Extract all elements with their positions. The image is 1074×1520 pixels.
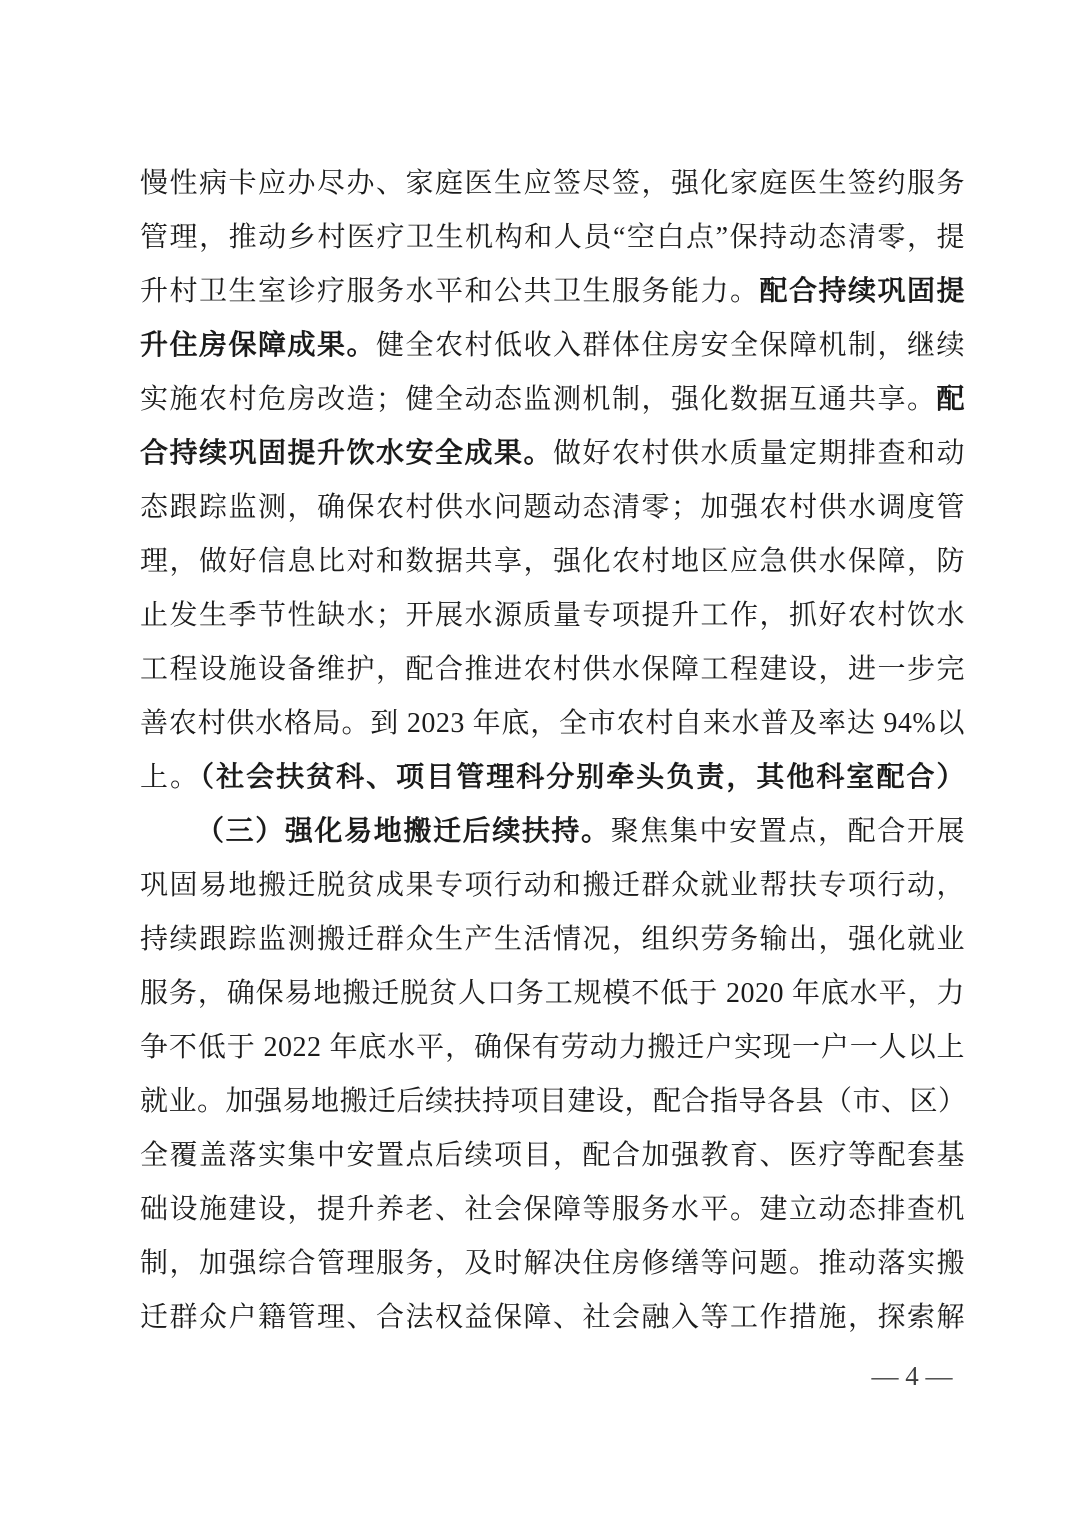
emphasis-run: （三）强化易地搬迁后续扶持。 — [196, 816, 611, 847]
text-line: 实施农村危房改造；健全动态监测机制，强化数据互通共享。配 — [140, 373, 965, 427]
text-line: 合持续巩固提升饮水安全成果。做好农村供水质量定期排查和动 — [140, 427, 965, 481]
text-line: 迁群众户籍管理、合法权益保障、社会融入等工作措施，探索解 — [140, 1291, 965, 1345]
text-line: 理，做好信息比对和数据共享，强化农村地区应急供水保障，防 — [140, 535, 965, 589]
text-run: 聚焦集中安置点，配合开展 — [611, 816, 965, 847]
text-line: 就业。加强易地搬迁后续扶持项目建设，配合指导各县（市、区） — [140, 1075, 965, 1129]
emphasis-run: 配 — [936, 384, 965, 415]
text-line: 础设施建设，提升养老、社会保障等服务水平。建立动态排查机 — [140, 1183, 965, 1237]
page-number: — 4 — — [862, 1358, 962, 1394]
text-line: （三）强化易地搬迁后续扶持。聚焦集中安置点，配合开展 — [140, 805, 965, 859]
text-line: 态跟踪监测，确保农村供水问题动态清零；加强农村供水调度管 — [140, 481, 965, 535]
text-run: 健全农村低收入群体住房安全保障机制，继续 — [376, 330, 965, 361]
text-line: 服务，确保易地搬迁脱贫人口务工规模不低于 2020 年底水平，力 — [140, 967, 965, 1021]
text-line: 工程设施设备维护，配合推进农村供水保障工程建设，进一步完 — [140, 643, 965, 697]
text-run: 持续跟踪监测搬迁群众生产生活情况，组织劳务输出，强化就业 — [140, 924, 965, 955]
document-page: 慢性病卡应办尽办、家庭医生应签尽签，强化家庭医生签约服务管理，推动乡村医疗卫生机… — [0, 0, 1074, 1520]
text-line: 制，加强综合管理服务，及时解决住房修缮等问题。推动落实搬 — [140, 1237, 965, 1291]
text-line: 止发生季节性缺水；开展水源质量专项提升工作，抓好农村饮水 — [140, 589, 965, 643]
text-run: 争不低于 2022 年底水平，确保有劳动力搬迁户实现一户一人以上 — [140, 1032, 965, 1063]
text-line: 升村卫生室诊疗服务水平和公共卫生服务能力。配合持续巩固提 — [140, 265, 965, 319]
text-line: 巩固易地搬迁脱贫成果专项行动和搬迁群众就业帮扶专项行动， — [140, 859, 965, 913]
body-text: 慢性病卡应办尽办、家庭医生应签尽签，强化家庭医生签约服务管理，推动乡村医疗卫生机… — [140, 157, 965, 1345]
text-run: 就业。加强易地搬迁后续扶持项目建设，配合指导各县（市、区） — [140, 1086, 967, 1117]
text-line: 上。（社会扶贫科、项目管理科分别牵头负责，其他科室配合） — [140, 751, 965, 805]
text-run: 善农村供水格局。到 2023 年底，全市农村自来水普及率达 94%以 — [140, 708, 965, 739]
text-run: 工程设施设备维护，配合推进农村供水保障工程建设，进一步完 — [140, 654, 965, 685]
text-line: 慢性病卡应办尽办、家庭医生应签尽签，强化家庭医生签约服务 — [140, 157, 965, 211]
text-run: 服务，确保易地搬迁脱贫人口务工规模不低于 2020 年底水平，力 — [140, 978, 965, 1009]
text-run: 础设施建设，提升养老、社会保障等服务水平。建立动态排查机 — [140, 1194, 965, 1225]
text-run: 慢性病卡应办尽办、家庭医生应签尽签，强化家庭医生签约服务 — [140, 168, 965, 199]
text-run: 做好农村供水质量定期排查和动 — [553, 438, 965, 469]
text-line: 升住房保障成果。健全农村低收入群体住房安全保障机制，继续 — [140, 319, 965, 373]
text-run: 制，加强综合管理服务，及时解决住房修缮等问题。推动落实搬 — [140, 1248, 965, 1279]
text-run: 管理，推动乡村医疗卫生机构和人员“空白点”保持动态清零，提 — [140, 222, 965, 253]
text-run: 迁群众户籍管理、合法权益保障、社会融入等工作措施，探索解 — [140, 1302, 965, 1333]
text-run: 止发生季节性缺水；开展水源质量专项提升工作，抓好农村饮水 — [140, 600, 965, 631]
text-line: 管理，推动乡村医疗卫生机构和人员“空白点”保持动态清零，提 — [140, 211, 965, 265]
emphasis-run: （社会扶贫科、项目管理科分别牵头负责，其他科室配合） — [200, 762, 965, 793]
text-run: 实施农村危房改造；健全动态监测机制，强化数据互通共享。 — [140, 384, 936, 415]
text-run: 上。 — [140, 762, 200, 793]
text-run: 态跟踪监测，确保农村供水问题动态清零；加强农村供水调度管 — [140, 492, 965, 523]
text-line: 争不低于 2022 年底水平，确保有劳动力搬迁户实现一户一人以上 — [140, 1021, 965, 1075]
text-run: 升村卫生室诊疗服务水平和公共卫生服务能力。 — [140, 276, 759, 307]
text-run: 理，做好信息比对和数据共享，强化农村地区应急供水保障，防 — [140, 546, 965, 577]
text-line: 持续跟踪监测搬迁群众生产生活情况，组织劳务输出，强化就业 — [140, 913, 965, 967]
emphasis-run: 升住房保障成果。 — [140, 330, 376, 361]
text-run: 全覆盖落实集中安置点后续项目，配合加强教育、医疗等配套基 — [140, 1140, 965, 1171]
text-run: 巩固易地搬迁脱贫成果专项行动和搬迁群众就业帮扶专项行动， — [140, 870, 965, 901]
emphasis-run: 配合持续巩固提 — [759, 276, 965, 307]
text-line: 全覆盖落实集中安置点后续项目，配合加强教育、医疗等配套基 — [140, 1129, 965, 1183]
emphasis-run: 合持续巩固提升饮水安全成果。 — [140, 438, 553, 469]
text-line: 善农村供水格局。到 2023 年底，全市农村自来水普及率达 94%以 — [140, 697, 965, 751]
